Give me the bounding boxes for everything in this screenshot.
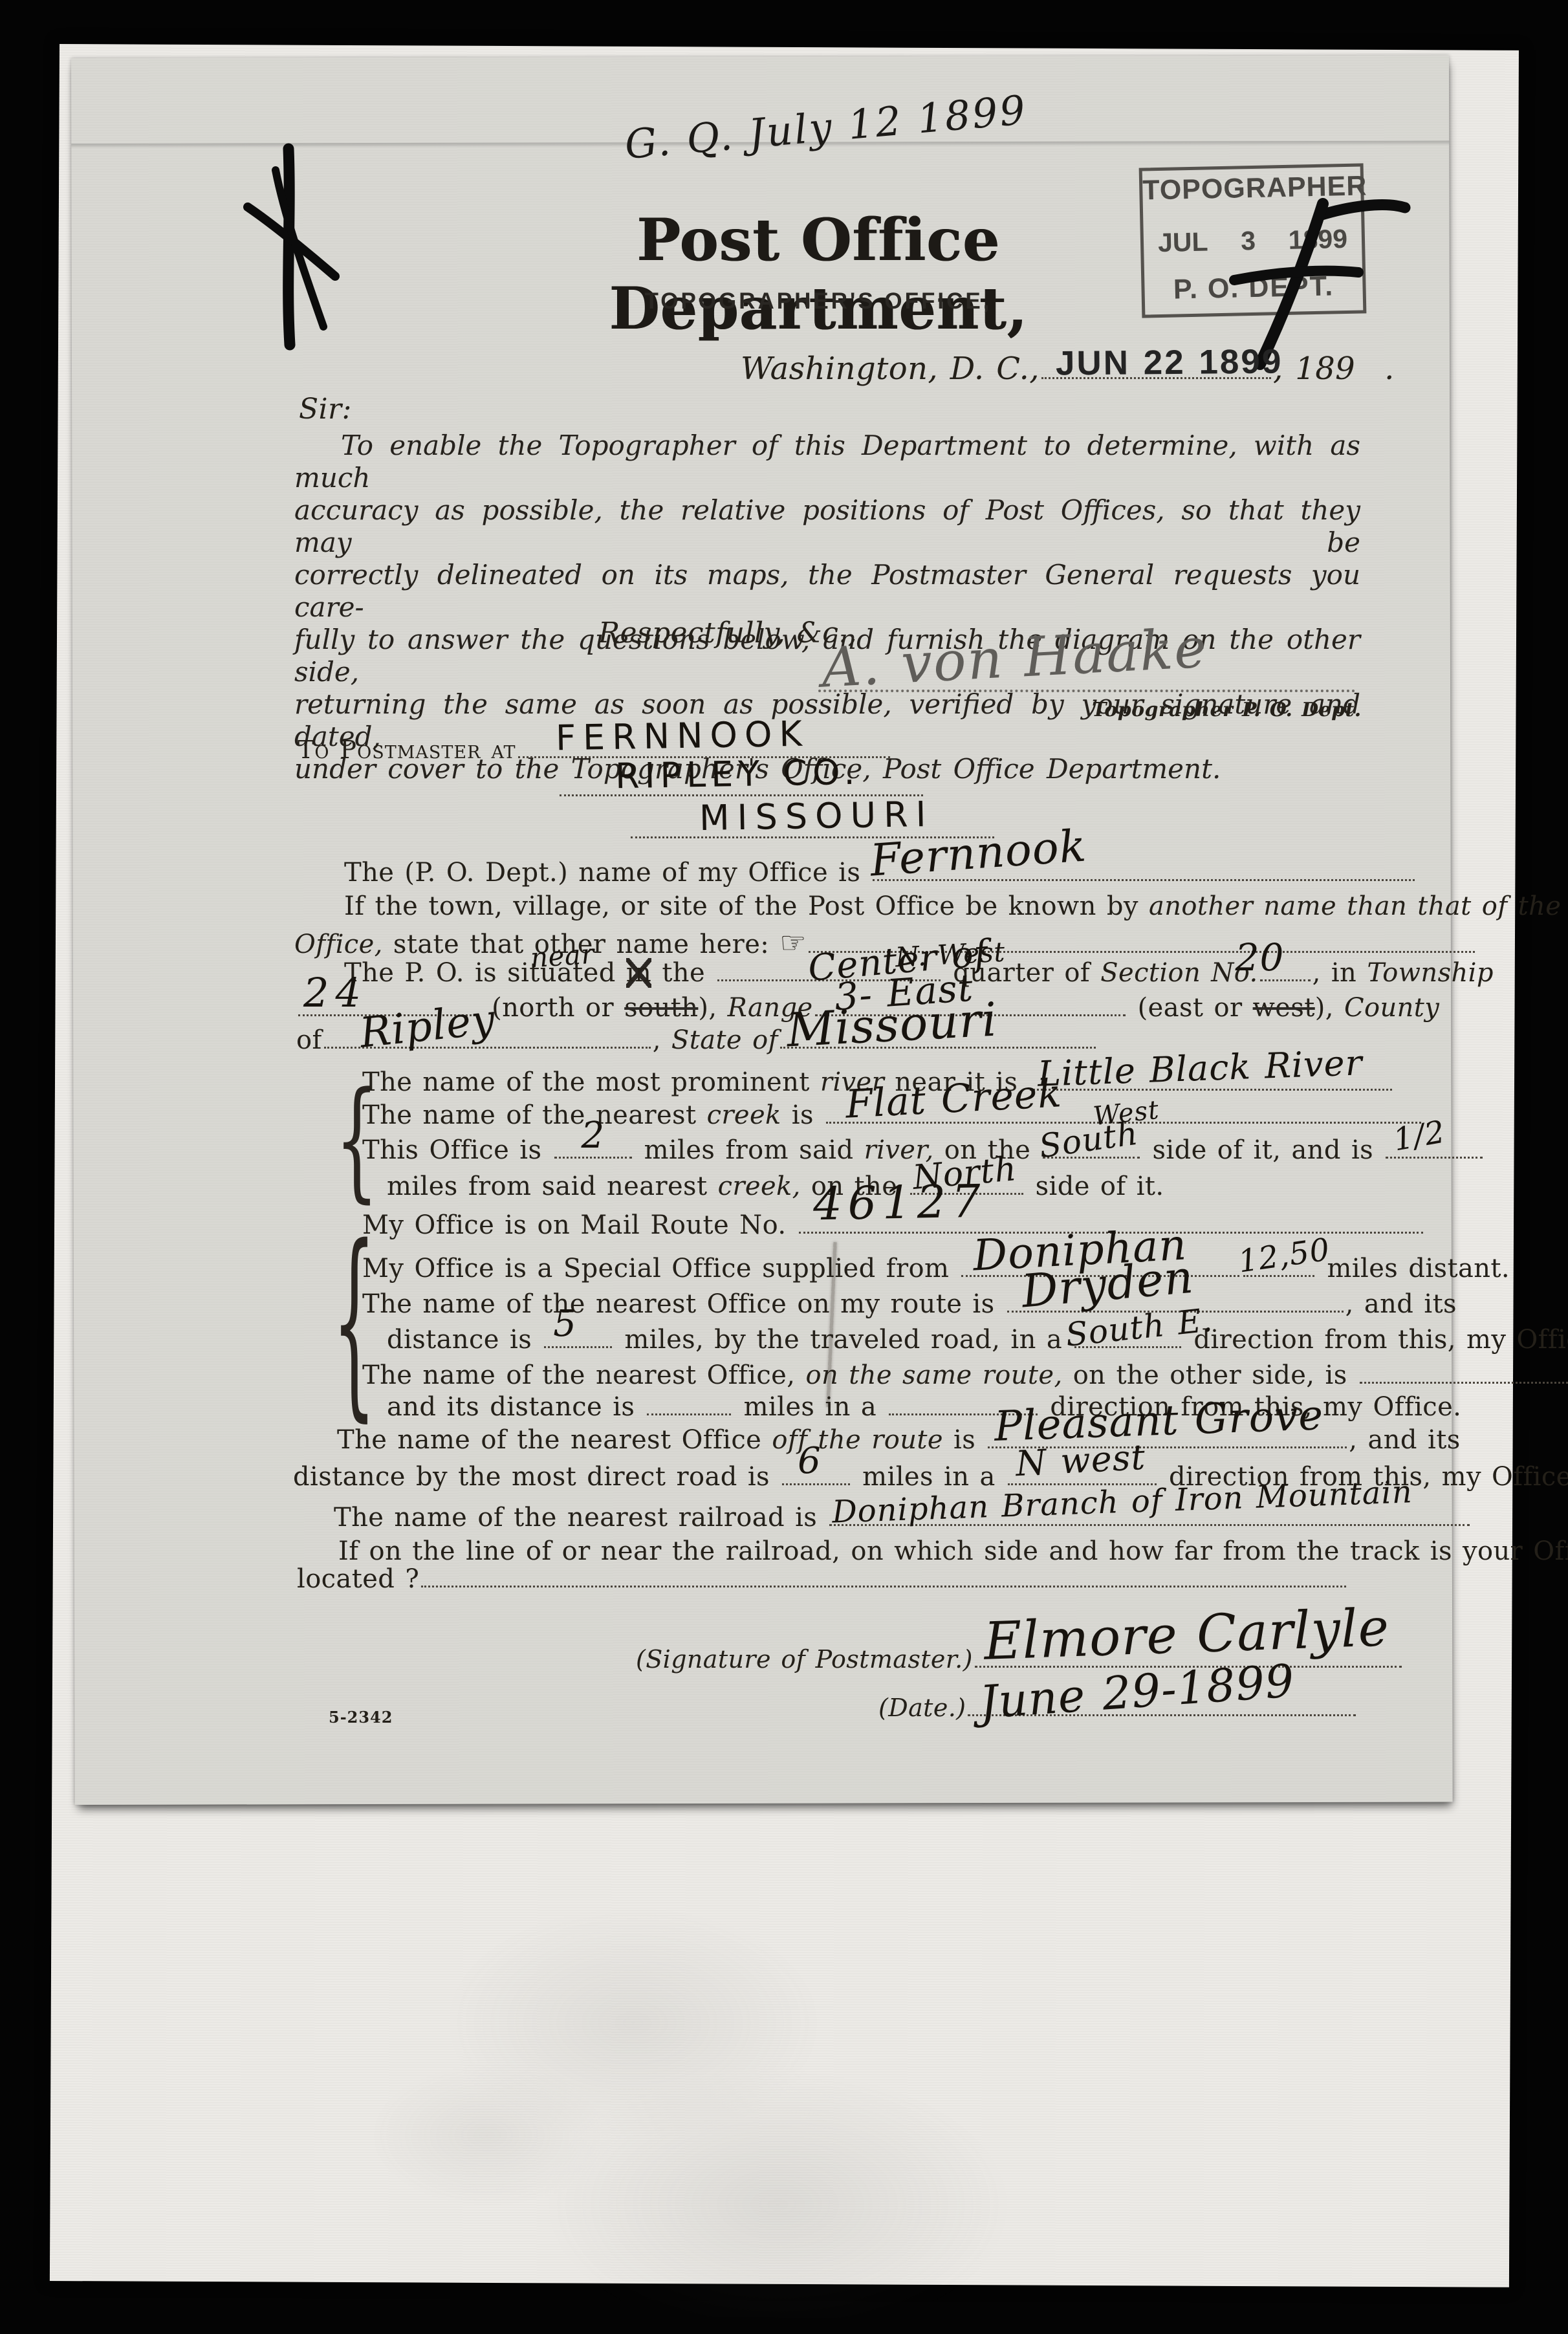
printed-segment: miles from said nearest [387, 1172, 718, 1201]
miles-blank: 2 [554, 1155, 632, 1159]
scanned-photo-background: G. Q. July 12 1899 TOPOGRAPHER JUL 3 189… [0, 0, 1568, 2334]
direction-blank: South E. [1074, 1345, 1181, 1348]
printed-segment: of [296, 1025, 322, 1055]
printed-segment: If the town, village, or site of the Pos… [344, 891, 1149, 921]
printed-segment: The name of the most prominent [362, 1067, 820, 1097]
printed-segment: , [653, 1025, 671, 1055]
dateline-blank: JUN 22 1899 [1041, 376, 1271, 379]
italic-segment: creek [707, 1100, 781, 1130]
addressee-office-handwritten: FERNNOOK [555, 714, 809, 759]
printed-segment: is [781, 1100, 824, 1130]
handwritten-answer: 6 [798, 1440, 822, 1482]
printed-segment: side of it. [1025, 1172, 1164, 1201]
q-route-line-2: My Office is a Special Office supplied f… [362, 1254, 1510, 1283]
q-river-line-4: miles from said nearest creek, on the No… [387, 1172, 1164, 1201]
miles-blank: 6 [782, 1482, 850, 1485]
printed-segment: miles in a [733, 1392, 887, 1422]
letter-body: To enable the Topographer of this Depart… [294, 430, 1360, 785]
q-route-line-3: The name of the nearest Office on my rou… [362, 1289, 1457, 1319]
dateline-year: , 189 [1273, 351, 1355, 387]
handwritten-answer: N west [1014, 1437, 1146, 1484]
q-location-line-3: ofRipley, State ofMissouri [296, 1025, 1098, 1055]
italic-segment: Section No. [1100, 958, 1258, 988]
salutation: Sir: [299, 393, 352, 426]
letter-line: To enable the Topographer of this Depart… [294, 430, 1360, 494]
printed-segment: The name of the nearest [362, 1100, 707, 1130]
q-alias-line-1: If the town, village, or site of the Pos… [344, 891, 1568, 921]
dateline-period: . [1384, 351, 1395, 387]
printed-segment: The name of the nearest Office on my rou… [362, 1289, 1005, 1319]
paper-smudges [244, 1862, 1216, 2320]
q-route-line-1: My Office is on Mail Route No. 46127 [362, 1210, 1425, 1240]
printed-segment: on the other side, is [1063, 1360, 1358, 1390]
stamp-month: JUL [1158, 226, 1208, 258]
letter-closing: Respectfully, &c., [598, 616, 857, 649]
printed-segment: This Office is [362, 1135, 552, 1165]
printed-segment: (north or [481, 993, 624, 1023]
printed-segment: (east or [1127, 993, 1253, 1023]
group-brace: { [332, 1220, 376, 1424]
handwritten-answer: 5 [553, 1303, 577, 1345]
printed-segment: , in [1312, 958, 1367, 988]
date-received-stamp: JUN 22 1899 [1056, 342, 1283, 383]
printed-segment: the [651, 958, 715, 988]
fraction-blank: 1/2 [1386, 1155, 1483, 1159]
struck-word: in [626, 958, 651, 988]
signature-label: (Signature of Postmaster.) [636, 1645, 973, 1674]
q-railroad-line-3: located ? [297, 1564, 1348, 1594]
office-name-blank: Fernnook [873, 878, 1415, 881]
letterhead-title: Post Office Department, [505, 206, 1132, 343]
located-blank [421, 1584, 1346, 1587]
printed-segment: If on the line of or near the railroad, … [338, 1536, 1568, 1566]
printed-segment: The name of the nearest Office, [362, 1360, 805, 1390]
printed-segment: is [943, 1425, 986, 1455]
addressee-county-handwritten: RIPLEY CO. [615, 752, 860, 797]
printed-segment: distance by the most direct road is [293, 1462, 780, 1492]
printed-segment: ), [1315, 993, 1344, 1023]
q-railroad-line-2: If on the line of or near the railroad, … [338, 1536, 1568, 1566]
printed-segment: ), [698, 993, 727, 1023]
handwritten-answer: 46127 [812, 1175, 986, 1231]
q-route-line-5: The name of the nearest Office, on the s… [362, 1360, 1568, 1390]
letter-line: correctly delineated on its maps, the Po… [294, 559, 1360, 624]
printed-segment: located ? [297, 1564, 419, 1594]
q-offroute-line-1: The name of the nearest Office off the r… [337, 1425, 1461, 1455]
railroad-blank: Doniphan Branch of Iron Mountain [829, 1523, 1470, 1526]
printed-segment: miles in a [852, 1462, 1006, 1492]
pointing-hand-icon: ☞ [779, 925, 807, 960]
dateline-place: Washington, D. C., [741, 351, 1040, 387]
pen-scribble-mark [233, 139, 349, 353]
dateline: Washington, D. C.,JUN 22 1899, 189. [741, 351, 1395, 387]
date-blank: June 29-1899 [968, 1713, 1356, 1716]
side-blank: SouthWest [1043, 1155, 1140, 1159]
addressee-state-handwritten: MISSOURI [699, 794, 934, 838]
form-number: 5-2342 [329, 1708, 393, 1727]
italic-segment: State of [671, 1025, 778, 1055]
printed-segment: My Office is on Mail Route No. [362, 1210, 797, 1240]
date-line: (Date.)June 29-1899 [878, 1694, 1358, 1722]
addressee-label: To Postmaster at [298, 736, 516, 764]
printed-segment: , and its [1349, 1425, 1460, 1455]
q-river-line-2: The name of the nearest creek is Flat Cr… [362, 1100, 1423, 1130]
letterhead-subtitle: TOPOGRAPHER'S OFFICE, [505, 289, 1132, 314]
italic-segment: Township [1367, 958, 1494, 988]
italic-segment: another name than that of the Post [1149, 891, 1568, 921]
printed-segment: miles, by the traveled road, in a [614, 1325, 1073, 1355]
printed-segment: miles distant. [1316, 1254, 1510, 1283]
date-label: (Date.) [878, 1694, 966, 1722]
handwritten-answer: 20 [1236, 935, 1285, 979]
q-railroad-line-1: The name of the nearest railroad is Doni… [334, 1503, 1472, 1532]
printed-segment: miles from said [634, 1135, 864, 1165]
other-office-blank [1360, 1380, 1568, 1384]
q-office-name: The (P. O. Dept.) name of my Office is F… [344, 858, 1417, 888]
handwritten-correction: near [529, 938, 595, 974]
section-blank: 20 [1260, 978, 1311, 981]
italic-segment: creek, [718, 1172, 801, 1201]
printed-segment: direction from this, my Office. [1183, 1325, 1568, 1355]
printed-segment: The (P. O. Dept.) name of my Office is [344, 858, 871, 888]
letter-line: accuracy as possible, the relative posit… [294, 494, 1360, 559]
q-route-line-4: distance is 5 miles, by the traveled roa… [387, 1325, 1568, 1355]
printed-segment: distance is [387, 1325, 542, 1355]
state-blank: Missouri [780, 1045, 1096, 1049]
italic-segment: on the same route, [805, 1360, 1062, 1390]
handwritten-answer: Missouri [785, 992, 999, 1058]
river-blank: Little Black River [1030, 1087, 1392, 1091]
topographer-title: Topographer P. O. Dept. [1092, 699, 1362, 721]
handwritten-answer: 2 [582, 1115, 605, 1157]
italic-segment: Office, [294, 930, 383, 959]
printed-segment: side of it, and is [1142, 1135, 1384, 1165]
printed-segment: My Office is a Special Office supplied f… [362, 1254, 959, 1283]
signature-rule [818, 690, 1355, 692]
miles-blank [647, 1412, 731, 1415]
printed-segment: The name of the nearest Office [337, 1425, 772, 1455]
printed-segment: The name of the nearest railroad is [334, 1503, 827, 1532]
printed-segment: and its distance is [387, 1392, 645, 1422]
printed-segment: , and its [1345, 1289, 1457, 1319]
county-blank: Ripley [324, 1045, 651, 1049]
italic-segment: County [1344, 993, 1439, 1023]
distance-blank: 12,50 [1243, 1274, 1314, 1277]
struck-word: west [1253, 993, 1315, 1023]
struck-word: south [624, 993, 698, 1023]
miles-blank: 5 [544, 1345, 612, 1348]
